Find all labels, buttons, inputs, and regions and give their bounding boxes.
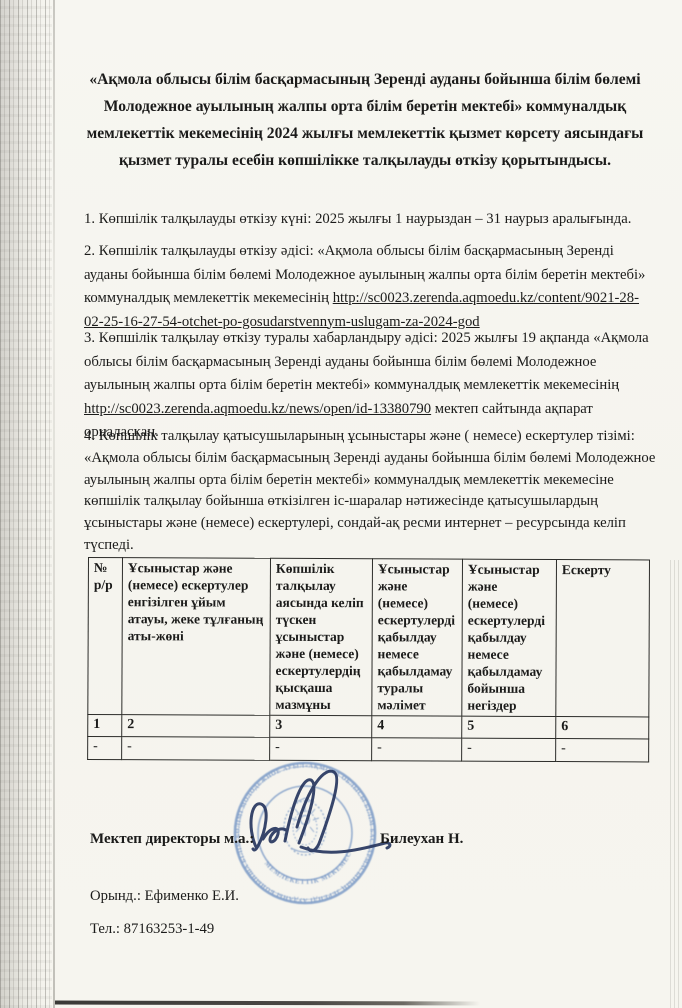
signature-strokes [251, 771, 390, 852]
table-cell: - [556, 739, 649, 762]
paragraph-1: 1. Көпшілік талқылауды өткізу күні: 2025… [84, 208, 656, 232]
table-header-cell-number: № р/р [88, 558, 123, 715]
table-cell: - [88, 737, 122, 760]
table-header-cell-grounds: Ұсыныстар және (немесе) ескертулерді қаб… [462, 559, 557, 716]
executor-line: Орынд.: Ефименко Е.И. [90, 888, 239, 905]
director-name: Билеухан Н. [380, 831, 463, 848]
paragraph-2: 2. Көпшілік талқылауды өткізу әдісі: «Ақ… [84, 240, 656, 334]
paragraph-4-text: 4. Көпшілік талқылау қатысушыларының ұсы… [84, 428, 655, 553]
phone-line: Тел.: 87163253-1-49 [90, 921, 214, 938]
table-cell: - [462, 738, 556, 761]
table-cell: - [122, 737, 270, 761]
table-cell: 6 [556, 717, 649, 739]
paragraph-4: 4. Көпшілік талқылау қатысушыларының ұсы… [84, 426, 656, 557]
table-cell: - [372, 738, 462, 761]
scan-artifact-right-band [670, 560, 682, 1008]
table-cell: 4 [372, 716, 462, 738]
table-header-cell-summary: Көпшілік талқылау аясында келіп түскен ұ… [270, 558, 373, 715]
table-header-row: № р/р Ұсыныстар және (немесе) ескертулер… [88, 558, 650, 717]
paragraph-3-text: 3. Көпшілік талқылау өткізу туралы хабар… [84, 330, 649, 393]
suggestions-table: № р/р Ұсыныстар және (немесе) ескертулер… [87, 557, 650, 762]
handwritten-signature [243, 763, 403, 863]
table-header-cell-org: Ұсыныстар және (немесе) ескертулер енгіз… [122, 558, 271, 716]
table-header-cell-note: Ескерту [556, 560, 650, 717]
table-column-number-row: 1 2 3 4 5 6 [88, 715, 649, 739]
scan-artifact-left-edge-line [53, 0, 55, 1008]
director-label: Мектеп директоры м.а.: [90, 831, 254, 848]
signature-icon [243, 763, 403, 863]
news-url-link[interactable]: http://sc0023.zerenda.aqmoedu.kz/news/op… [84, 401, 431, 417]
table-cell: 5 [462, 716, 556, 738]
scanned-document-page: «Ақмола облысы білім басқармасының Зерен… [0, 0, 682, 1008]
table-cell: 3 [270, 715, 372, 737]
table-cell: 1 [88, 715, 122, 737]
document-title: «Ақмола облысы білім басқармасының Зерен… [72, 66, 658, 174]
paragraph-1-text: 1. Көпшілік талқылауды өткізу күні: 2025… [84, 211, 631, 227]
table-cell: 2 [122, 715, 270, 738]
scan-artifact-bottom-strip [55, 1001, 480, 1006]
scan-artifact-left-band [0, 0, 52, 1008]
table-header-cell-acceptance: Ұсыныстар және (немесе) ескертулерді қаб… [372, 559, 463, 716]
